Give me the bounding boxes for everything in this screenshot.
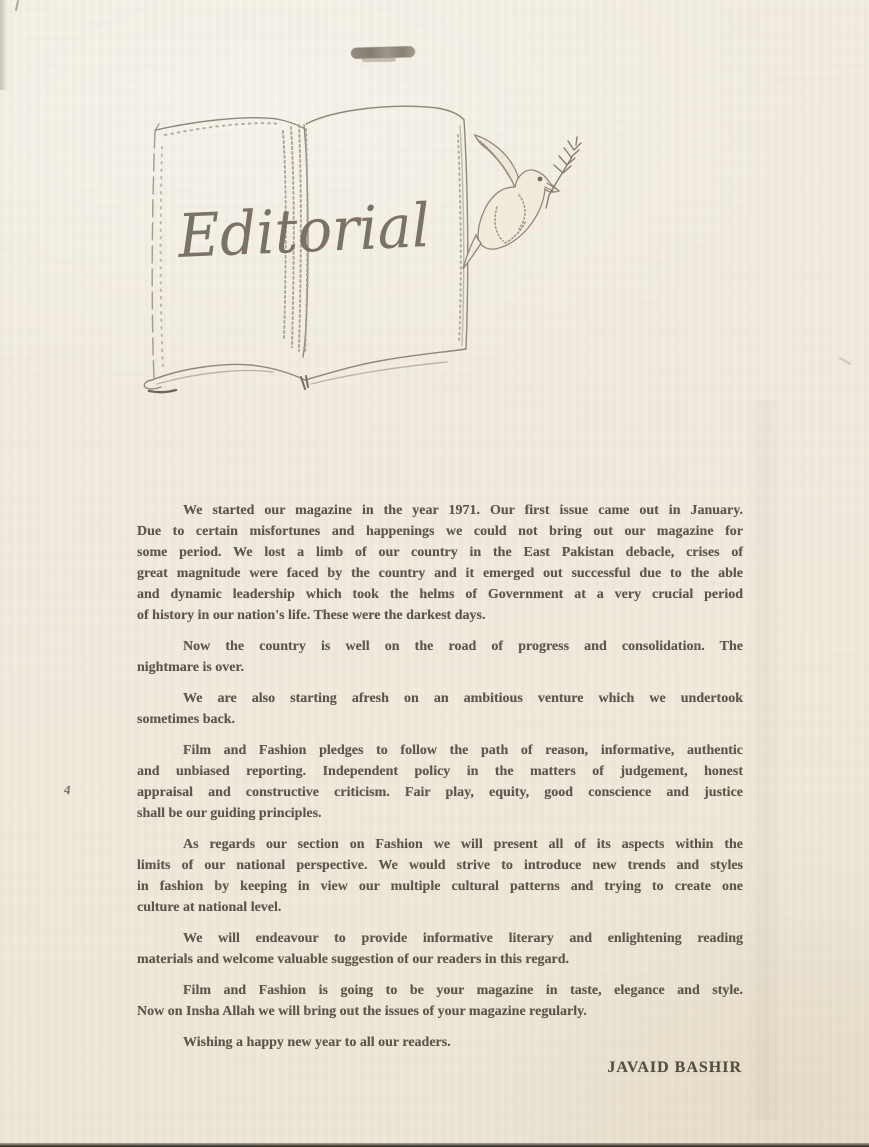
text-line: of history in our nation's life. These w…: [137, 605, 743, 626]
text-line: We started our magazine in the year 1971…: [137, 500, 743, 521]
text-line: sometimes back.: [137, 709, 743, 730]
open-book-with-dove-illustration: Editorial: [115, 95, 625, 415]
text-line: limits of our national perspective. We w…: [137, 855, 743, 876]
scan-bottom-edge: [0, 1143, 869, 1147]
text-line: shall be our guiding principles.: [137, 803, 743, 824]
paragraph: Film and Fashion is going to be your mag…: [137, 980, 743, 1022]
scanned-editorial-page: Editorial We started our magazine in the…: [0, 0, 869, 1147]
dove-eye: [538, 177, 543, 182]
text-line: Wishing a happy new year to all our read…: [137, 1032, 743, 1053]
text-line: in fashion by keeping in view our multip…: [137, 876, 743, 897]
text-line: Now the country is well on the road of p…: [137, 636, 743, 657]
text-line: appraisal and constructive criticism. Fa…: [137, 782, 743, 803]
text-line: great magnitude were faced by the countr…: [137, 563, 743, 584]
text-line: and unbiased reporting. Independent poli…: [137, 761, 743, 782]
text-line: some period. We lost a limb of our count…: [137, 542, 743, 563]
signature: JAVAID BASHIR: [607, 1059, 742, 1077]
text-line: As regards our section on Fashion we wil…: [137, 834, 743, 855]
ink-smudge-artifact: [362, 57, 396, 63]
paragraph: We are also starting afresh on an ambiti…: [137, 688, 743, 730]
text-line: nightmare is over.: [137, 657, 743, 678]
dove-icon: [463, 135, 581, 269]
paragraph: Now the country is well on the road of p…: [137, 636, 743, 678]
text-line: and dynamic leadership which took the he…: [137, 584, 743, 605]
paragraph: As regards our section on Fashion we wil…: [137, 834, 743, 918]
stray-mark: 4: [63, 782, 72, 799]
olive-branch-icon: [546, 137, 581, 208]
text-line: Due to certain misfortunes and happening…: [137, 521, 743, 542]
text-line: Now on Insha Allah we will bring out the…: [137, 1001, 743, 1022]
text-line: culture at national level.: [137, 897, 743, 918]
page-edge-shadow: [0, 0, 8, 90]
text-line: We will endeavour to provide informative…: [137, 928, 743, 949]
scan-speck: [838, 357, 851, 366]
paragraph: We started our magazine in the year 1971…: [137, 500, 743, 626]
editorial-body: We started our magazine in the year 1971…: [137, 500, 743, 1063]
text-line: We are also starting afresh on an ambiti…: [137, 688, 743, 709]
text-line: Film and Fashion pledges to follow the p…: [137, 740, 743, 761]
paper-fold-shadow: [748, 400, 782, 1120]
paragraph: Film and Fashion pledges to follow the p…: [137, 740, 743, 824]
paragraph: Wishing a happy new year to all our read…: [137, 1032, 743, 1053]
paragraph: We will endeavour to provide informative…: [137, 928, 743, 970]
scan-artifact-tick: [15, 0, 19, 11]
text-line: materials and welcome valuable suggestio…: [137, 949, 743, 970]
editorial-script-title: Editorial: [176, 191, 432, 272]
text-line: Film and Fashion is going to be your mag…: [137, 980, 743, 1001]
